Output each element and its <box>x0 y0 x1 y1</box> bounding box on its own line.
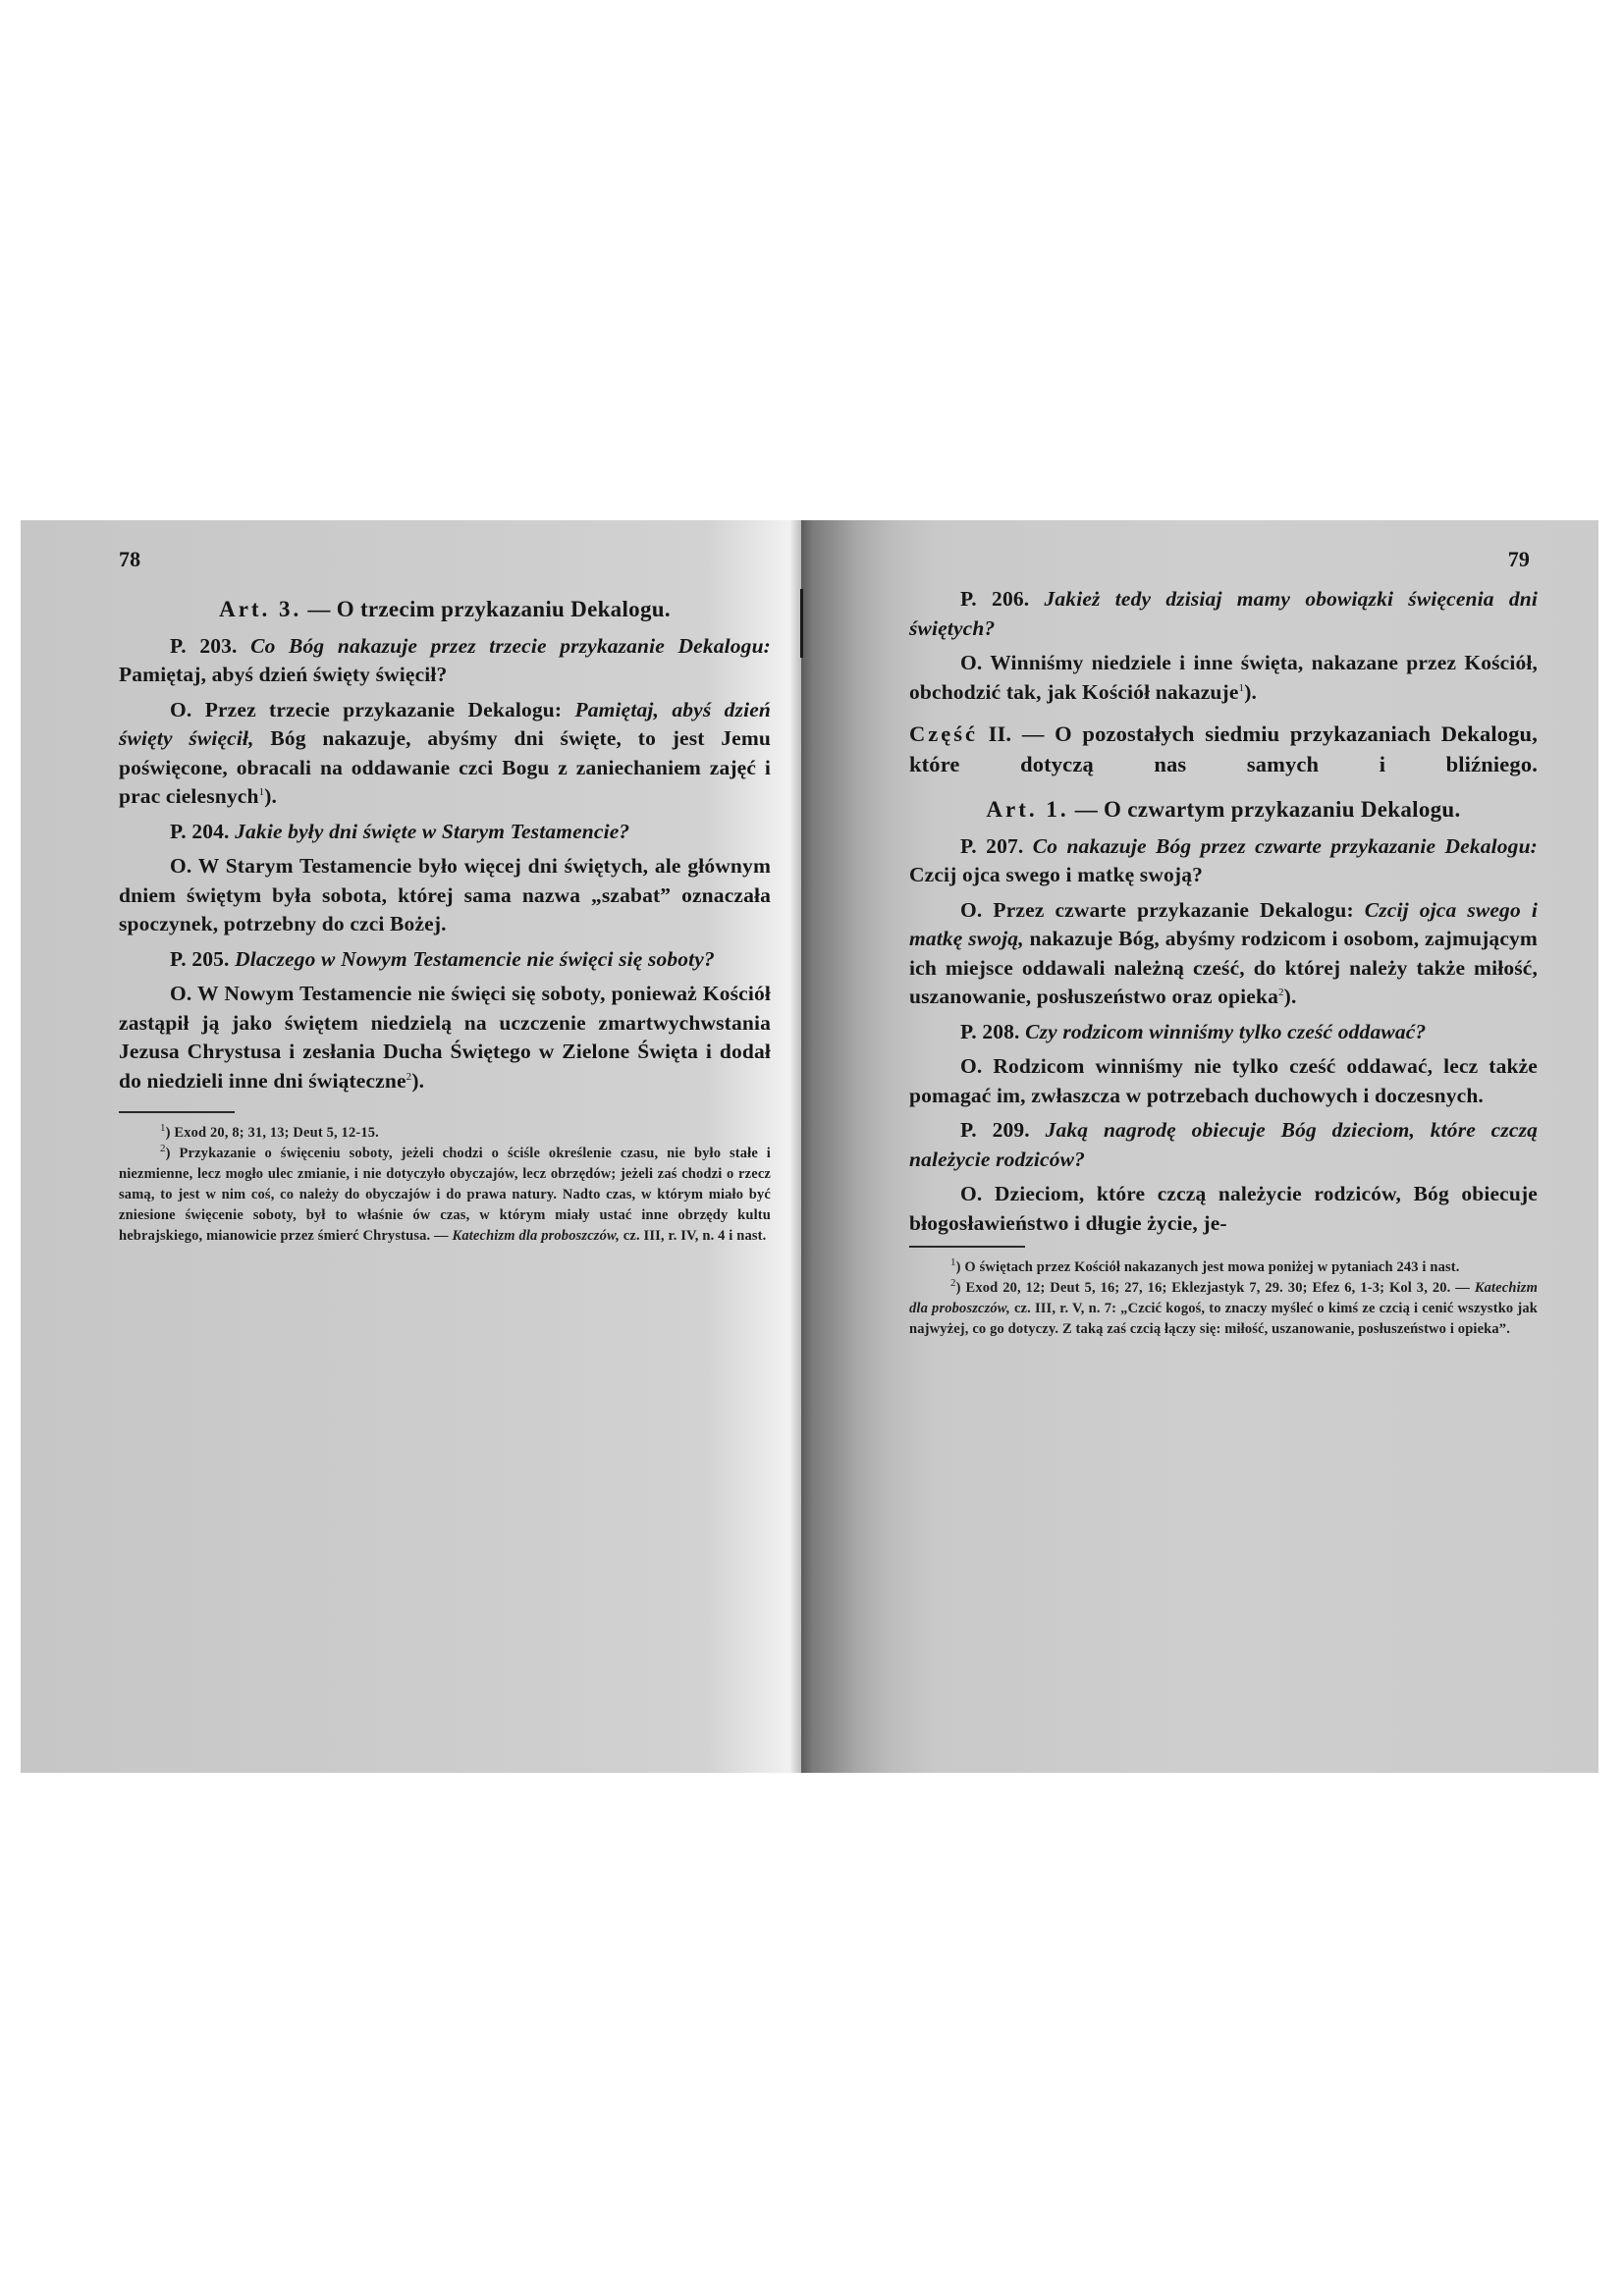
part-heading: Część II. — O pozostałych siedmiu przyka… <box>909 719 1538 779</box>
answer-205: O. W Nowym Testamencie nie święci się so… <box>119 980 771 1095</box>
footnote-2: 2) Przykazanie o święceniu soboty, jeżel… <box>119 1144 771 1247</box>
footnote-2: 2) Exod 20, 12; Deut 5, 16; 27, 16; Ekle… <box>909 1278 1538 1340</box>
article-heading: Art. 3. — O trzecim przykazaniu Dekalogu… <box>119 595 771 624</box>
right-page-text: 79 P. 206. Jakież tedy dzisiaj mamy obow… <box>909 540 1538 1340</box>
question-207: P. 207. Co nakazuje Bóg przez czwarte pr… <box>909 832 1538 890</box>
footnote-1: 1) O świętach przez Kościół nakazanych j… <box>909 1257 1538 1278</box>
footnote-divider <box>119 1111 235 1113</box>
left-page: 78 Art. 3. — O trzecim przykazaniu Dekal… <box>21 520 801 1773</box>
left-page-text: 78 Art. 3. — O trzecim przykazaniu Dekal… <box>119 540 771 1247</box>
question-209: P. 209. Jaką nagrodę obiecuje Bóg dzieci… <box>909 1116 1538 1174</box>
spine-shadow <box>800 589 803 658</box>
book-scan: 78 Art. 3. — O trzecim przykazaniu Dekal… <box>21 520 1598 1773</box>
right-page: 79 P. 206. Jakież tedy dzisiaj mamy obow… <box>801 520 1598 1773</box>
article-heading: Art. 1. — O czwartym przykazaniu Dekalog… <box>909 795 1538 825</box>
page-number: 79 <box>909 540 1538 579</box>
question-208: P. 208. Czy rodzicom winniśmy tylko cześ… <box>909 1018 1538 1047</box>
question-206: P. 206. Jakież tedy dzisiaj mamy obowiąz… <box>909 585 1538 643</box>
footnote-1: 1) Exod 20, 8; 31, 13; Deut 5, 12-15. <box>119 1123 771 1144</box>
answer-206: O. Winniśmy niedziele i inne święta, nak… <box>909 649 1538 707</box>
question-203: P. 203. Co Bóg nakazuje przez trzecie pr… <box>119 632 771 690</box>
answer-203: O. Przez trzecie przykazanie Dekalogu: P… <box>119 696 771 812</box>
footnote-divider <box>909 1246 1025 1248</box>
answer-208: O. Rodzicom winniśmy nie tylko cześć odd… <box>909 1052 1538 1110</box>
answer-207: O. Przez czwarte przykazanie Dekalogu: C… <box>909 896 1538 1012</box>
page-number: 78 <box>119 540 771 579</box>
answer-204: O. W Starym Testamencie było więcej dni … <box>119 852 771 939</box>
answer-209: O. Dzieciom, które czczą należycie rodzi… <box>909 1180 1538 1238</box>
question-204: P. 204. Jakie były dni święte w Starym T… <box>119 818 771 847</box>
question-205: P. 205. Dlaczego w Nowym Testamencie nie… <box>119 945 771 975</box>
